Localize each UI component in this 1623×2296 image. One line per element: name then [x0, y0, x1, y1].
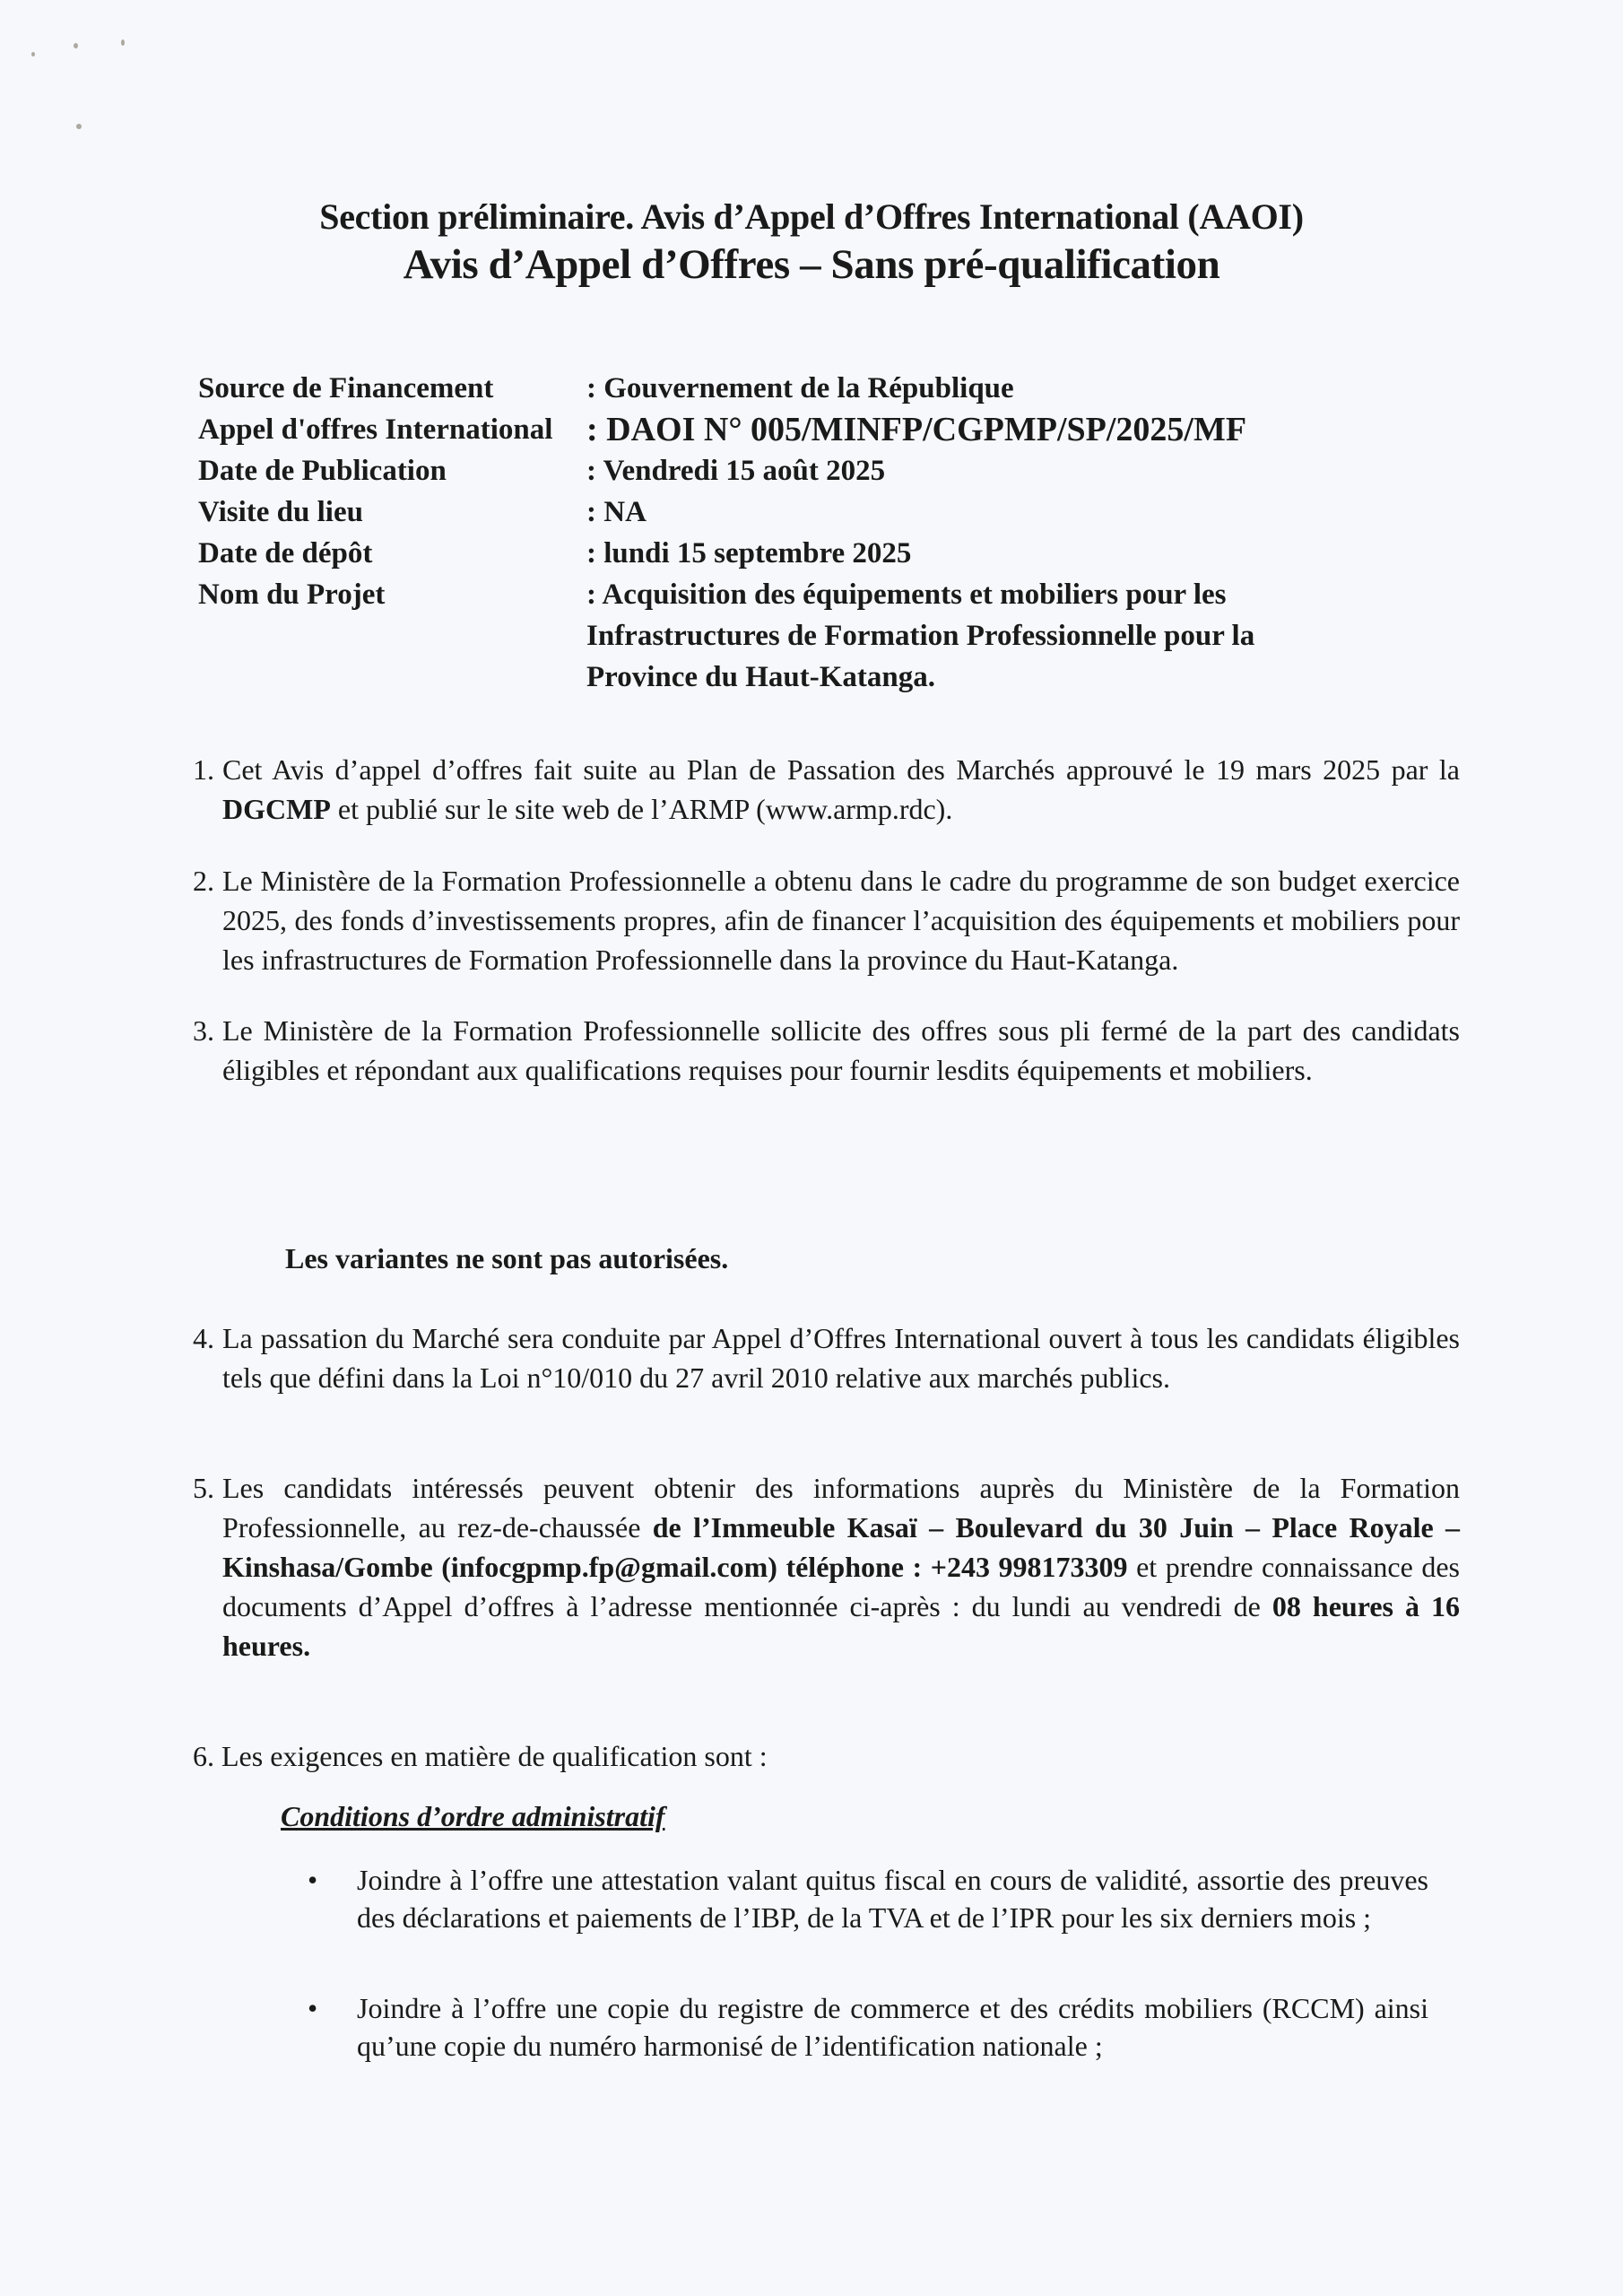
meta-row-site-visit: Visite du lieu : NA — [198, 491, 1454, 533]
meta-label: Date de Publication — [198, 450, 586, 491]
paragraph-number: 1. — [193, 750, 214, 789]
meta-label: Date de dépôt — [198, 533, 586, 574]
paragraph-4: 4. La passation du Marché sera conduite … — [222, 1318, 1460, 1397]
tender-metadata: Source de Financement : Gouvernement de … — [198, 368, 1454, 698]
section-title: Section préliminaire. Avis d’Appel d’Off… — [0, 196, 1623, 238]
meta-value: : DAOI N° 005/MINFP/CGPMP/SP/2025/MF — [586, 409, 1454, 450]
paragraph-1: 1. Cet Avis d’appel d’offres fait suite … — [222, 750, 1460, 829]
paragraph-5: 5. Les candidats intéressés peuvent obte… — [222, 1468, 1460, 1665]
bullet-icon: • — [308, 1989, 317, 2027]
meta-label: Visite du lieu — [198, 491, 586, 533]
variants-notice: Les variantes ne sont pas autorisées. — [285, 1242, 728, 1275]
paragraph-text: et publié sur le site web de l’ARMP (www… — [331, 793, 952, 825]
paragraph-number: 5. — [193, 1468, 214, 1508]
bullet-item: • Joindre à l’offre une attestation vala… — [357, 1861, 1428, 1936]
bullet-text: Joindre à l’offre une copie du registre … — [357, 1992, 1428, 2062]
paragraph-2: 2. Le Ministère de la Formation Professi… — [222, 861, 1460, 979]
meta-value: : lundi 15 septembre 2025 — [586, 533, 1454, 574]
meta-row-tender-number: Appel d'offres International : DAOI N° 0… — [198, 409, 1454, 450]
paragraph-text: Cet Avis d’appel d’offres fait suite au … — [222, 753, 1460, 786]
meta-label: Appel d'offres International — [198, 409, 586, 450]
paragraph-text: Le Ministère de la Formation Professionn… — [222, 865, 1460, 976]
paragraph-6: 6. Les exigences en matière de qualifica… — [193, 1740, 768, 1773]
meta-row-funding: Source de Financement : Gouvernement de … — [198, 368, 1454, 409]
document-page: Section préliminaire. Avis d’Appel d’Off… — [0, 0, 1623, 2296]
paragraph-number: 4. — [193, 1318, 214, 1358]
meta-label: Nom du Projet — [198, 574, 586, 698]
meta-row-deposit-date: Date de dépôt : lundi 15 septembre 2025 — [198, 533, 1454, 574]
meta-value: : Vendredi 15 août 2025 — [586, 450, 1454, 491]
meta-row-publication-date: Date de Publication : Vendredi 15 août 2… — [198, 450, 1454, 491]
section-subtitle: Avis d’Appel d’Offres International (AAO… — [634, 196, 1304, 237]
scan-specks — [27, 36, 99, 143]
notice-title: Avis d’Appel d’Offres – Sans pré-qualifi… — [0, 240, 1623, 289]
paragraph-number: 2. — [193, 861, 214, 900]
dgcmp-bold: DGCMP — [222, 793, 331, 825]
bullet-text: Joindre à l’offre une attestation valant… — [357, 1864, 1428, 1934]
meta-label: Source de Financement — [198, 368, 586, 409]
paragraph-3: 3. Le Ministère de la Formation Professi… — [222, 1011, 1460, 1090]
bullet-item: • Joindre à l’offre une copie du registr… — [357, 1989, 1428, 2065]
section-label: Section préliminaire. — [319, 196, 634, 237]
paragraph-text: Le Ministère de la Formation Professionn… — [222, 1014, 1460, 1086]
paragraph-text: La passation du Marché sera conduite par… — [222, 1322, 1460, 1394]
bullet-icon: • — [308, 1861, 317, 1899]
conditions-heading: Conditions d’ordre administratif — [281, 1800, 665, 1833]
meta-row-project-name: Nom du Projet : Acquisition des équipeme… — [198, 574, 1454, 698]
meta-value: : Gouvernement de la République — [586, 368, 1454, 409]
meta-value: : NA — [586, 491, 1454, 533]
paragraph-number: 3. — [193, 1011, 214, 1050]
meta-value: : Acquisition des équipements et mobilie… — [586, 574, 1454, 698]
